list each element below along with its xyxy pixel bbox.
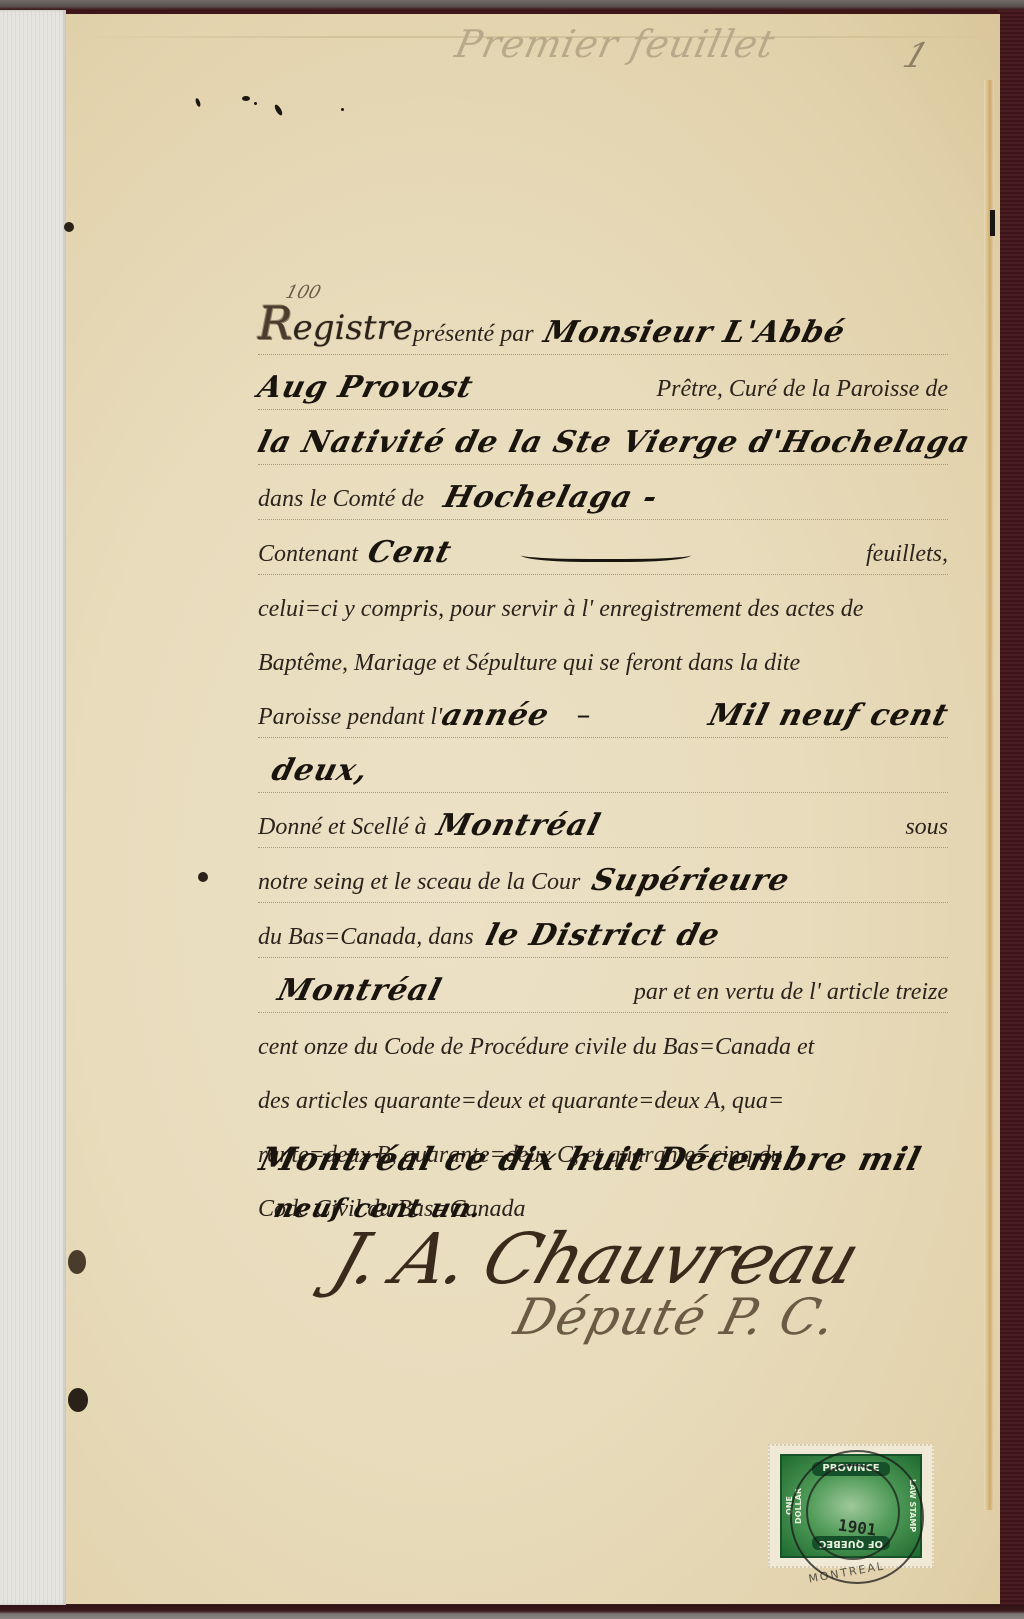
printed-text: sous (905, 814, 948, 847)
register-line: Aug Provost Prêtre, Curé de la Paroisse … (258, 355, 948, 410)
printed-text: celui=ci y compris, pour servir à l' enr… (258, 596, 863, 629)
register-line: la Nativité de la Ste Vierge d'Hochelaga (258, 410, 948, 465)
book-cover-bottom-edge (0, 1605, 1024, 1619)
handwritten-leaf-count: Cent (363, 535, 455, 574)
registre-word-rest: egistre (293, 308, 413, 348)
registre-heading: Registre (258, 296, 413, 354)
printed-text: Prêtre, Curé de la Paroisse de (656, 376, 948, 409)
signature-title: Député P. C. (509, 1288, 843, 1346)
register-line: cent onze du Code de Procédure civile du… (258, 1013, 948, 1067)
printed-text: présenté par (413, 321, 534, 354)
revenue-stamp: PROVINCE ONE DOLLAR LAW STAMP OF QUEBEC … (768, 1444, 934, 1568)
register-line: Donné et Scellé à Montréal sous (258, 793, 948, 848)
register-line: celui=ci y compris, pour servir à l' enr… (258, 575, 948, 629)
handwritten-year-text: Mil neuf cent (705, 698, 953, 737)
handwritten-presenter: Monsieur L'Abbé (539, 315, 849, 354)
filler-squiggle (521, 545, 691, 562)
closing-statement: Montréal ce dix huit Décembre mil neuf c… (260, 1136, 960, 1228)
right-edge-ink-mark (990, 210, 995, 236)
folio-note: Premier feuillet (451, 22, 779, 66)
closing-line-1: Montréal ce dix huit Décembre mil (255, 1140, 926, 1182)
handwritten-year-label: année (437, 698, 553, 737)
handwritten-priest-name: Aug Provost (253, 370, 477, 409)
register-line: Baptême, Mariage et Sépulture qui se fer… (258, 629, 948, 683)
printed-text: Paroisse pendant l' (258, 704, 442, 737)
printed-text: Donné et Scellé à (258, 814, 427, 847)
binding-hole (198, 872, 208, 882)
register-line: dans le Comté de Hochelaga - (258, 465, 948, 520)
handwritten-city: Montréal (432, 808, 604, 847)
postmark-inner-ring (806, 1464, 900, 1560)
printed-text: feuillets, (866, 541, 948, 574)
handwritten-district-city: Montréal (273, 973, 445, 1012)
printed-text: par et en vertu de l' article treize (634, 979, 948, 1012)
ornate-initial: R (258, 296, 293, 350)
register-line: deux, (258, 738, 948, 793)
printed-text: du Bas=Canada, dans (258, 924, 474, 957)
register-line: Contenant Cent feuillets, (258, 520, 948, 575)
register-line: du Bas=Canada, dans le District de (258, 903, 948, 958)
printed-text: notre seing et le sceau de la Cour (258, 869, 580, 902)
dash-mark: – (576, 698, 590, 737)
handwritten-county: Hochelaga - (439, 480, 661, 519)
book-binding-tape (0, 10, 66, 1605)
printed-text: Contenant (258, 541, 358, 574)
register-line: Montréal par et en vertu de l' article t… (258, 958, 948, 1013)
printed-text: Baptême, Mariage et Sépulture qui se fer… (258, 650, 800, 683)
handwritten-court: Supérieure (588, 863, 794, 902)
register-line: notre seing et le sceau de la Cour Supér… (258, 848, 948, 903)
printed-text: dans le Comté de (258, 486, 424, 519)
handwritten-year-suffix: deux, (267, 753, 372, 792)
binding-hole (68, 1250, 86, 1274)
printed-text: des articles quarante=deux et quarante=d… (258, 1088, 784, 1121)
handwritten-district: le District de (481, 918, 724, 957)
book-cover-right-edge (998, 10, 1024, 1610)
register-form: Registre présenté par Monsieur L'Abbé Au… (258, 300, 948, 1229)
binding-hole (68, 1388, 88, 1412)
page-right-stain (984, 80, 994, 1510)
register-line: Registre présenté par Monsieur L'Abbé (258, 300, 948, 355)
register-line: des articles quarante=deux et quarante=d… (258, 1067, 948, 1121)
register-line: Paroisse pendant l' année – Mil neuf cen… (258, 683, 948, 738)
printed-text: cent onze du Code de Procédure civile du… (258, 1034, 814, 1067)
binding-hole (64, 222, 74, 232)
handwritten-parish-name: la Nativité de la Ste Vierge d'Hochelaga (253, 425, 974, 464)
